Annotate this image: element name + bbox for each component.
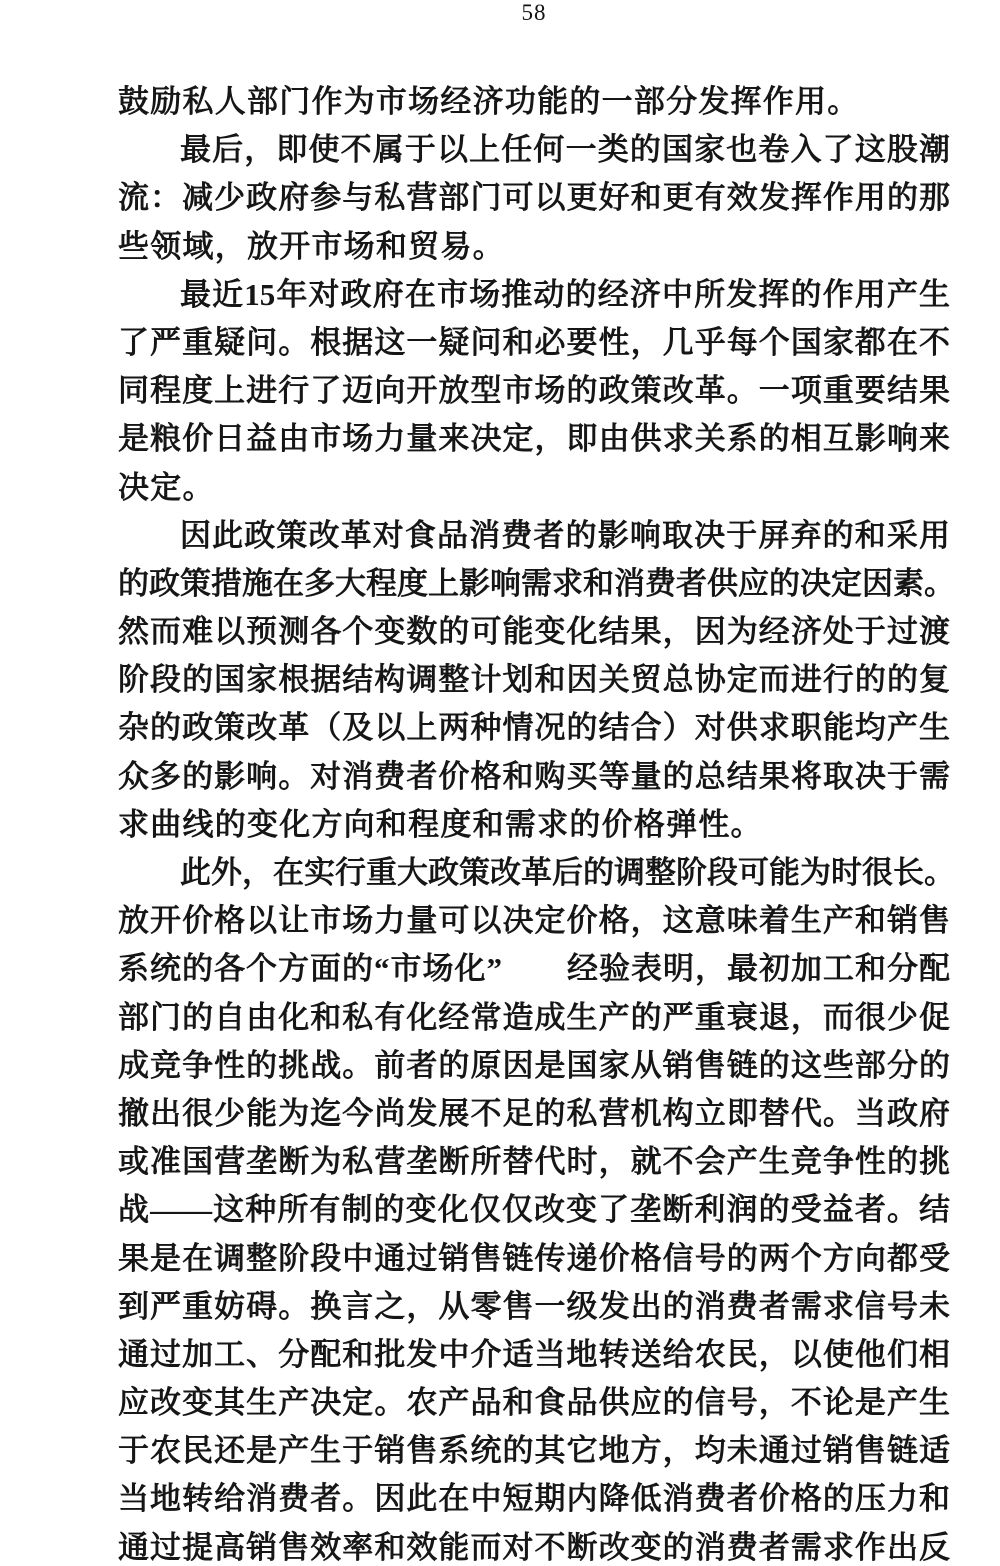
text-line: 部门的自由化和私有化经常造成生产的严重衰退，而很少促 [118,994,950,1042]
body-text-block: 鼓励私人部门作为市场经济功能的一部分发挥作用。最后，即使不属于以上任何一类的国家… [118,78,950,1566]
text-line: 到严重妨碍。换言之，从零售一级发出的消费者需求信号未 [118,1283,950,1331]
text-line: 然而难以预测各个变数的可能变化结果，因为经济处于过渡 [118,608,950,656]
scanned-document-page: 58 鼓励私人部门作为市场经济功能的一部分发挥作用。最后，即使不属于以上任何一类… [0,0,1000,1566]
text-line: 流：减少政府参与私营部门可以更好和更有效发挥作用的那 [118,174,950,222]
text-line: 最后，即使不属于以上任何一类的国家也卷入了这股潮 [118,126,950,174]
text-line: 当地转给消费者。因此在中短期内降低消费者价格的压力和 [118,1475,950,1523]
text-line: 阶段的国家根据结构调整计划和因关贸总协定而进行的的复 [118,656,950,704]
text-line: 因此政策改革对食品消费者的影响取决于屏弃的和采用 [118,512,950,560]
text-line: 同程度上进行了迈向开放型市场的政策改革。一项重要结果 [118,367,950,415]
text-line: 的政策措施在多大程度上影响需求和消费者供应的决定因素。 [118,560,950,608]
text-line: 众多的影响。对消费者价格和购买等量的总结果将取决于需 [118,753,950,801]
text-line: 战——这种所有制的变化仅仅改变了垄断利润的受益者。结 [118,1186,950,1234]
text-line: 放开价格以让市场力量可以决定价格，这意味着生产和销售 [118,897,950,945]
text-line: 撤出很少能为迄今尚发展不足的私营机构立即替代。当政府 [118,1090,950,1138]
text-line: 成竞争性的挑战。前者的原因是国家从销售链的这些部分的 [118,1042,950,1090]
text-line: 此外，在实行重大政策改革后的调整阶段可能为时很长。 [118,849,950,897]
text-line: 通过加工、分配和批发中介适当地转送给农民，以使他们相 [118,1331,950,1379]
text-line: 决定。 [118,464,950,512]
text-line: 最近15年对政府在市场推动的经济中所发挥的作用产生 [118,271,950,319]
text-line: 杂的政策改革（及以上两种情况的结合）对供求职能均产生 [118,704,950,752]
text-line: 或准国营垄断为私营垄断所替代时，就不会产生竞争性的挑 [118,1138,950,1186]
text-line: 求曲线的变化方向和程度和需求的价格弹性。 [118,801,950,849]
page-number: 58 [118,0,950,26]
text-line: 通过提高销售效率和效能而对不断改变的消费者需求作出反 [118,1524,950,1566]
text-line: 系统的各个方面的“市场化” 经验表明，最初加工和分配 [118,945,950,993]
text-line: 果是在调整阶段中通过销售链传递价格信号的两个方向都受 [118,1235,950,1283]
text-line: 些领域，放开市场和贸易。 [118,223,950,271]
text-line: 鼓励私人部门作为市场经济功能的一部分发挥作用。 [118,78,950,126]
text-line: 应改变其生产决定。农产品和食品供应的信号，不论是产生 [118,1379,950,1427]
text-line: 是粮价日益由市场力量来决定，即由供求关系的相互影响来 [118,415,950,463]
text-line: 于农民还是产生于销售系统的其它地方，均未通过销售链适 [118,1427,950,1475]
text-line: 了严重疑问。根据这一疑问和必要性，几乎每个国家都在不 [118,319,950,367]
